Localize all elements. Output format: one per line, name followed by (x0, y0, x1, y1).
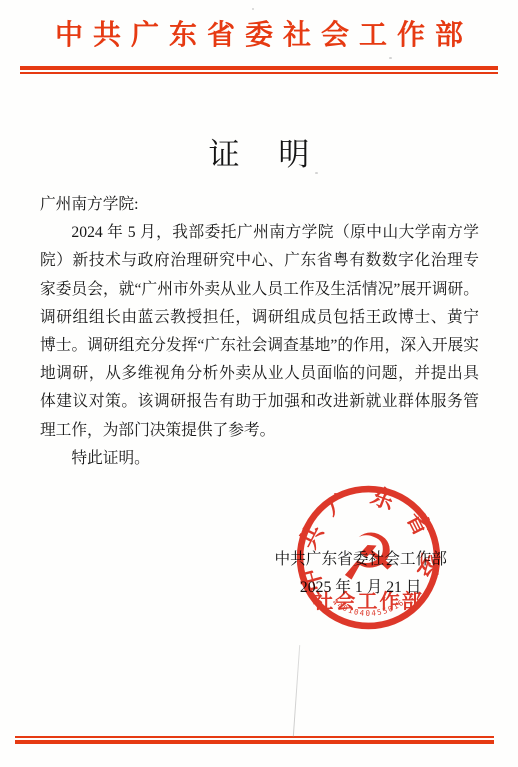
scan-artifact-speck (389, 57, 392, 59)
scan-artifact-speck (315, 172, 318, 174)
scan-artifact-line (293, 645, 300, 737)
footer-divider-thick-line (15, 740, 494, 744)
footer-divider-thin-line (15, 736, 494, 738)
closing-phrase: 特此证明。 (40, 445, 479, 473)
scan-artifact-speck (252, 8, 254, 10)
letterhead-divider-thick-line (20, 66, 498, 70)
letterhead-divider-thin-line (20, 72, 498, 74)
document-title: 证 明 (0, 129, 518, 174)
certificate-page: 中共广东省委社会工作部 证 明 广州南方学院: 2024 年 5 月，我部委托广… (0, 0, 518, 767)
salutation: 广州南方学院: (40, 191, 479, 219)
hammer-sickle-icon: ☭ (340, 521, 398, 596)
official-seal: 中共广东省委 ☭ 社会工作部 4401040455016 (293, 482, 444, 633)
body-paragraph: 2024 年 5 月，我部委托广州南方学院（原中山大学南方学院）新技术与政府治理… (40, 219, 479, 445)
footer-divider (15, 736, 494, 744)
letterhead-org-name: 中共广东省委社会工作部 (0, 19, 518, 53)
document-body: 广州南方学院: 2024 年 5 月，我部委托广州南方学院（原中山大学南方学院）… (40, 191, 479, 473)
letterhead-divider (20, 66, 498, 74)
